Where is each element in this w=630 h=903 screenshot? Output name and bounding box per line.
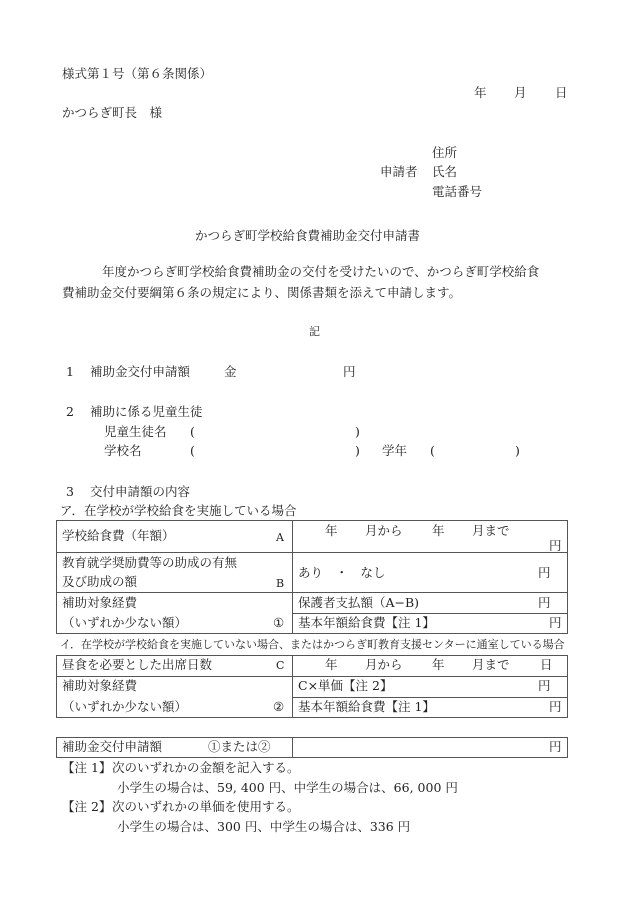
item1-unit: 円	[343, 366, 356, 379]
row-c-period-year1: 年	[325, 659, 338, 672]
row-2-label-1: 補助対象経費	[62, 680, 137, 693]
body-line-1: 年度かつらぎ町学校給食費補助金の交付を受けたいので、かつらぎ町学校給食	[102, 266, 539, 279]
form-number: 様式第１号（第６条関係）	[62, 68, 212, 81]
date-year-label: 年	[474, 87, 487, 100]
row-1-sub2-unit: 円	[549, 617, 562, 630]
row-c-unit: 日	[540, 659, 553, 672]
item3-label: 交付申請額の内容	[90, 486, 190, 499]
date-day-label: 日	[555, 87, 568, 100]
row-c-period-month1: 月から	[365, 659, 403, 672]
applicant-phone-label: 電話番号	[432, 186, 482, 199]
row-2-sub1: C×単価【注 2】	[298, 680, 392, 693]
row-2-sub2: 基本年額給食費【注 1】	[298, 701, 435, 714]
section-a-title: ア．在学校が学校給食を実施している場合	[60, 505, 297, 518]
row-c-label: 昼食を必要とした出席日数	[62, 659, 212, 672]
student-name-label: 児童生徒名	[104, 426, 167, 439]
row-2-sub2-unit: 円	[549, 701, 562, 714]
school-name-field[interactable]	[210, 443, 350, 459]
total-code: ①または②	[208, 741, 271, 754]
row-a-unit: 円	[549, 540, 562, 553]
item1-label: 補助金交付申請額	[90, 366, 190, 379]
document-title: かつらぎ町学校給食費補助金交付申請書	[195, 230, 420, 243]
row-1-sub1-unit: 円	[538, 597, 551, 610]
row-b-label-2: 及び助成の額	[62, 576, 137, 589]
row-1-sub1: 保護者支払額（A−B)	[298, 597, 419, 610]
school-name-label: 学校名	[104, 445, 142, 458]
row-c-period-month2: 月まで	[472, 659, 510, 672]
item3-number: 3	[66, 486, 74, 499]
row-b-options[interactable]: あり ・ なし	[298, 567, 386, 580]
row-2-sub1-unit: 円	[538, 680, 551, 693]
grade-label: 学年	[382, 445, 407, 458]
applicant-name-label: 氏名	[432, 166, 457, 179]
row-2-code: ②	[273, 701, 284, 714]
row-1-sub2: 基本年額給食費【注 1】	[298, 617, 435, 630]
row-a-amount-field[interactable]	[296, 523, 536, 550]
row-a-code: A	[276, 532, 284, 543]
row-c-period-year2: 年	[432, 659, 445, 672]
note-1-tag: 【注 1】	[62, 762, 111, 775]
row-1-label-2: （いずれか少ない額）	[62, 617, 187, 630]
note-1-detail: 小学生の場合は、59, 400 円、中学生の場合は、66, 000 円	[117, 782, 458, 795]
student-name-close-paren: )	[355, 426, 360, 439]
ki-label: 記	[309, 326, 320, 337]
note-2-detail: 小学生の場合は、300 円、中学生の場合は、336 円	[117, 821, 410, 834]
note-1-text: 次のいずれかの金額を記入する。	[112, 762, 300, 775]
row-b-code: B	[276, 578, 284, 589]
body-line-2: 費補助金交付要綱第６条の規定により、関係書類を添えて申請します。	[62, 287, 461, 300]
row-b-unit: 円	[538, 567, 551, 580]
school-name-open-paren: (	[190, 445, 195, 458]
section-b-title: イ．在学校が学校給食を実施していない場合、またはかつらぎ町教育支援センターに通室…	[60, 639, 565, 650]
grade-close-paren: )	[515, 445, 520, 458]
row-2-label-2: （いずれか少ない額）	[62, 701, 187, 714]
student-name-field[interactable]	[210, 424, 350, 440]
applicant-address-label: 住所	[432, 147, 457, 160]
total-amount-field[interactable]	[296, 739, 536, 756]
note-2-tag: 【注 2】	[62, 801, 111, 814]
row-1-label-1: 補助対象経費	[62, 597, 137, 610]
item1-prefix: 金	[224, 366, 237, 379]
school-name-close-paren: )	[355, 445, 360, 458]
total-unit: 円	[549, 741, 562, 754]
grade-open-paren: (	[430, 445, 435, 458]
student-name-open-paren: (	[190, 426, 195, 439]
grade-field[interactable]	[445, 443, 510, 459]
row-b-label-1: 教育就学奨励費等の助成の有無	[62, 557, 237, 570]
total-label: 補助金交付申請額	[62, 741, 162, 754]
item2-number: 2	[66, 406, 74, 419]
row-a-label: 学校給食費（年額）	[62, 530, 175, 543]
addressee: かつらぎ町長 様	[62, 107, 162, 120]
note-2-text: 次のいずれかの単価を使用する。	[112, 801, 300, 814]
item2-label: 補助に係る児童生徒	[90, 406, 203, 419]
row-c-code: C	[276, 660, 284, 671]
row-1-code: ①	[273, 617, 284, 630]
applicant-label: 申請者	[380, 166, 418, 179]
item1-number: 1	[66, 366, 74, 379]
date-month-label: 月	[514, 87, 527, 100]
